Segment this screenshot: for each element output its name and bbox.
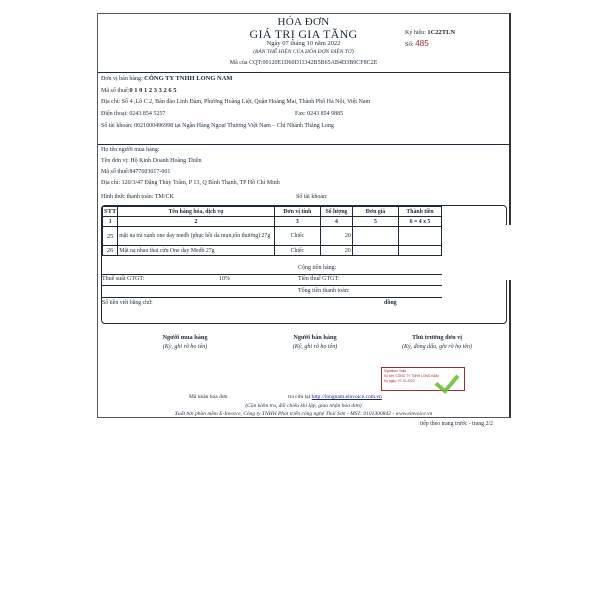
row-name: Mặt nạ nhau thai cừu One day Medb 27g: [118, 246, 274, 256]
signature-title: Người mua hàng: [120, 334, 250, 341]
label: Mã số thuế:: [101, 169, 129, 175]
items-table-box: STT Tên hàng hóa, dịch vụ Đơn vị tính Số…: [101, 205, 507, 324]
col-total: Thành tiền: [399, 207, 442, 217]
value: 0243.854 5257: [129, 111, 165, 117]
invoice-date: Ngày 07 tháng 10 năm 2022: [98, 40, 509, 47]
lookup-line: tra cứu tại:http://longnam.einvoice.com.…: [288, 394, 382, 400]
label: Điện thoại:: [101, 111, 128, 117]
lookup-url-link[interactable]: http://longnam.einvoice.com.vn: [312, 394, 382, 400]
seller-account: Số tài khoản: 0021000496998 tại Ngân Hàn…: [101, 123, 334, 129]
row-unit: Chiếc: [274, 227, 320, 246]
col-unit: Đơn vị tính: [274, 207, 320, 217]
director-signature: Thủ trưởng đơn vị (Ký, đóng dấu, ghi rõ …: [372, 334, 502, 350]
seller-address: Địa chỉ: Số 4 ,Lô C 2, Bán đảo Linh Đàm,…: [101, 99, 370, 105]
label: Họ tên người mua hàng:: [101, 147, 159, 153]
row-price: [352, 246, 398, 256]
symbol-value: 1C22TLN: [427, 29, 455, 36]
col-stt: STT: [103, 207, 118, 217]
payment-method: Hình thức thanh toán: TM/CK: [101, 194, 174, 200]
value: 8477603017-001: [129, 169, 170, 175]
signature-note: (Ký, đóng dấu, ghi rõ họ tên): [372, 344, 502, 350]
buyer-person: Họ tên người mua hàng:: [101, 147, 159, 153]
buyer-tax-code: Mã số thuế:8477603017-001: [101, 169, 170, 175]
tax-authority-code-label: Mã của CQT:: [230, 60, 263, 66]
value: 0021000496998: [134, 123, 173, 129]
number-label: Số:: [405, 41, 414, 48]
label: Mã số thuế:: [101, 88, 129, 94]
invoice-subtitle: (BẢN THỂ HIỆN CỦA HÓA ĐƠN ĐIỆN TỬ): [98, 49, 509, 55]
label: Địa chỉ:: [101, 99, 120, 105]
value: 0 1 0 1 2 3 3 2 6 5: [129, 87, 176, 94]
vat-row: Thuế suất GTGT: 10% Tiền thuế GTGT:: [102, 274, 442, 286]
grand-total-label: Tổng tiền thanh toán:: [298, 288, 350, 294]
symbol-label: Ký hiệu:: [405, 30, 426, 36]
vat-rate-value: 10%: [219, 276, 230, 282]
index-cell: 4: [321, 217, 353, 227]
seller-section: Đơn vị bán hàng: CÔNG TY TNHH LONG NAM M…: [98, 72, 509, 145]
subtotal-label: Cộng tiền hàng:: [298, 265, 336, 271]
redacted-area: [476, 225, 516, 280]
label: Số tài khoản:: [101, 123, 133, 129]
col-qty: Số lượng: [321, 207, 353, 217]
tax-authority-code: Mã của CQT:00120E1D60D11342B5B65AB4D3B9C…: [98, 60, 509, 66]
index-cell: 6 = 4 x 5: [399, 217, 442, 227]
buyer-section: Họ tên người mua hàng: Tên đơn vị: Hộ Ki…: [98, 144, 509, 204]
label: Tên đơn vị:: [101, 158, 129, 164]
value: 120/3/47 Đặng Thùy Trâm, P 13, Q Bình Th…: [122, 180, 280, 186]
label: Fax:: [295, 111, 306, 117]
value: 0243 854 9885: [307, 111, 343, 117]
buyer-address: Địa chỉ: 120/3/47 Đặng Thùy Trâm, P 13, …: [101, 180, 280, 186]
grand-total-row: Tổng tiền thanh toán:: [102, 286, 442, 298]
invoice-number: Số: 485: [405, 39, 429, 48]
number-value: 485: [415, 39, 428, 48]
table-row: 25 mặt nạ trà xanh one day medb (phục hồ…: [103, 227, 442, 246]
seller-name: Đơn vị bán hàng: CÔNG TY TNHH LONG NAM: [101, 75, 233, 82]
col-name: Tên hàng hóa, dịch vụ: [118, 207, 274, 217]
value: Hộ Kinh Doanh Hoàng Thiên: [130, 158, 201, 164]
index-cell: 5: [352, 217, 398, 227]
value: CÔNG TY TNHH LONG NAM: [144, 75, 232, 82]
invoice-header: HÓA ĐƠN GIÁ TRỊ GIA TĂNG Ngày 07 tháng 1…: [98, 14, 509, 73]
publisher-info: Xuất bởi phần mềm E-Invoice, Công ty TNH…: [98, 411, 509, 417]
buyer-account: Số tài khoản:: [296, 194, 328, 200]
table-header-row: STT Tên hàng hóa, dịch vụ Đơn vị tính Số…: [103, 207, 442, 217]
seller-signature: Người bán hàng (Ký, ghi rõ họ tên): [250, 334, 380, 350]
seller-phone: Điện thoại: 0243.854 5257: [101, 111, 165, 117]
tax-authority-code-value: 00120E1D60D11342B5B65AB4D3B9CF8C2E: [262, 60, 377, 66]
label: Hình thức thanh toán:: [101, 194, 153, 200]
vat-rate-label: Thuế suất GTGT:: [102, 276, 144, 282]
signature-note: (Ký, ghi rõ họ tên): [250, 344, 380, 350]
bank: tại Ngân Hàng Ngoại Thương Việt Nam – Ch…: [175, 123, 334, 129]
seller-tax-code: Mã số thuế:0 1 0 1 2 3 3 2 6 5: [101, 87, 176, 94]
buyer-signature: Người mua hàng (Ký, ghi rõ họ tên): [120, 334, 250, 350]
amount-in-words-label: Số tiền viết bằng chữ:: [102, 300, 153, 306]
digital-signature-stamp: Signature Valid Ký bởi: CÔNG TY TNHH LON…: [381, 367, 465, 391]
table-index-row: 1 2 3 4 5 6 = 4 x 5: [103, 217, 442, 227]
signature-note: (Ký, ghi rõ họ tên): [120, 344, 250, 350]
row-unit: Chiếc: [274, 246, 320, 256]
buyer-unit: Tên đơn vị: Hộ Kinh Doanh Hoàng Thiên: [101, 158, 202, 164]
label: Đơn vị bán hàng:: [101, 76, 143, 82]
seller-fax: Fax: 0243 854 9885: [295, 111, 343, 117]
table-row: 26 Mặt nạ nhau thai cừu One day Medb 27g…: [103, 246, 442, 256]
items-table: STT Tên hàng hóa, dịch vụ Đơn vị tính Số…: [102, 206, 442, 256]
row-stt: 26: [103, 246, 118, 256]
signature-title: Thủ trưởng đơn vị: [372, 334, 502, 341]
value: Số 4 ,Lô C 2, Bán đảo Linh Đàm, Phường H…: [122, 99, 370, 105]
index-cell: 1: [103, 217, 118, 227]
signature-title: Người bán hàng: [250, 334, 380, 341]
lookup-at-label: tra cứu tại:: [288, 394, 312, 400]
invoice-document: HÓA ĐƠN GIÁ TRỊ GIA TĂNG Ngày 07 tháng 1…: [97, 13, 511, 418]
row-stt: 25: [103, 227, 118, 246]
value: TM/CK: [155, 194, 174, 200]
col-price: Đơn giá: [352, 207, 398, 217]
label: Số tài khoản:: [296, 194, 328, 200]
row-qty: 20: [321, 246, 353, 256]
label: Địa chỉ:: [101, 180, 120, 186]
index-cell: 3: [274, 217, 320, 227]
row-total: [399, 246, 442, 256]
row-name: mặt nạ trà xanh one day medb (phục hồi d…: [118, 227, 274, 246]
row-price: [352, 227, 398, 246]
check-note: (Cần kiểm tra, đối chiếu khi lập, giao n…: [98, 403, 509, 409]
page-info: tiếp theo trang trước - trang 2/2: [420, 421, 493, 427]
index-cell: 2: [118, 217, 274, 227]
row-qty: 20: [321, 227, 353, 246]
vat-amount-label: Tiền thuế GTGT:: [298, 276, 339, 282]
amount-in-words-suffix: đồng: [384, 300, 397, 306]
row-total: [399, 227, 442, 246]
lookup-code-label: Mã nhận hóa đơn: [189, 394, 228, 400]
invoice-symbol: Ký hiệu: 1C22TLN: [405, 29, 455, 36]
